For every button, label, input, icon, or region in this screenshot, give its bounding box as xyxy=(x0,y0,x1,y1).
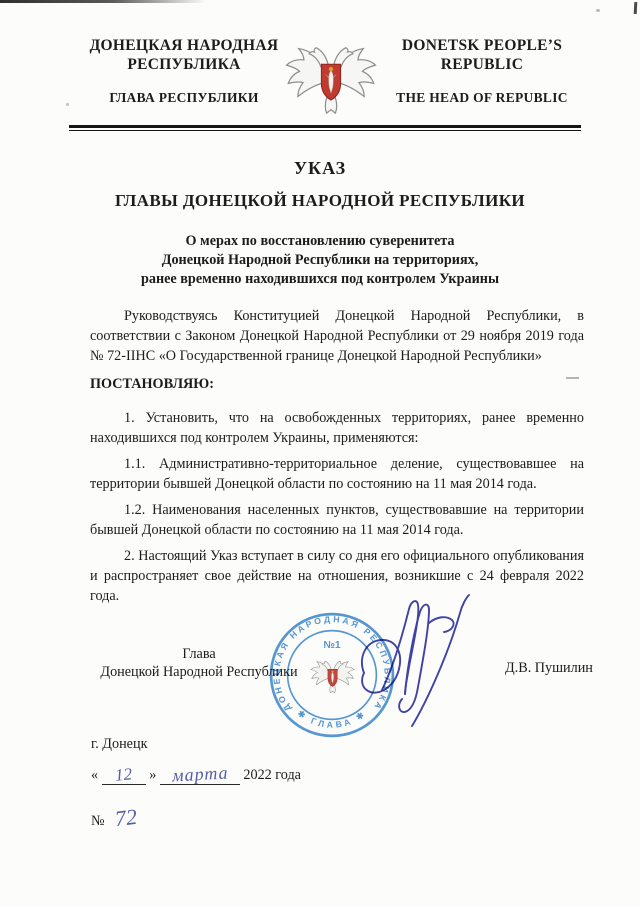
day-blank: 12 xyxy=(102,764,146,785)
letterhead-en-line1: DONETSK PEOPLE’S xyxy=(368,36,596,55)
letterhead-russian: ДОНЕЦКАЯ НАРОДНАЯ РЕСПУБЛИКА ГЛАВА РЕСПУ… xyxy=(68,36,300,106)
item-1-1: 1.1. Административно-территориальное дел… xyxy=(90,454,584,494)
signature-ink xyxy=(352,593,487,741)
place-of-issue: г. Донецк xyxy=(91,736,147,753)
subject-line-1: О мерах по восстановлению суверенитета xyxy=(0,232,640,251)
header-divider-rule xyxy=(69,125,581,131)
letterhead-ru-office: ГЛАВА РЕСПУБЛИКИ xyxy=(68,90,300,106)
handwritten-month: марта xyxy=(171,763,228,787)
number-sign: № xyxy=(91,813,105,829)
decree-document-page: ДОНЕЦКАЯ НАРОДНАЯ РЕСПУБЛИКА ГЛАВА РЕСПУ… xyxy=(0,0,640,907)
item-1: 1. Установить, что на освобожденных терр… xyxy=(90,408,584,448)
date-line: « 12 » марта 2022 года xyxy=(91,763,301,785)
letterhead-ru-line2: РЕСПУБЛИКА xyxy=(68,55,300,74)
letterhead-english: DONETSK PEOPLE’S REPUBLIC THE HEAD OF RE… xyxy=(368,36,596,106)
resolve-heading: ПОСТАНОВЛЯЮ: xyxy=(90,374,584,394)
signatory-name: Д.В. Пушилин xyxy=(505,660,593,677)
close-quote: » xyxy=(149,767,156,783)
document-issuer-heading: ГЛАВЫ ДОНЕЦКОЙ НАРОДНОЙ РЕСПУБЛИКИ xyxy=(0,191,640,211)
document-number-line: №72 xyxy=(91,805,137,831)
document-type-heading: УКАЗ xyxy=(0,158,640,179)
handwritten-number: 72 xyxy=(113,804,138,832)
month-blank: марта xyxy=(160,763,240,785)
seal-number: №1 xyxy=(323,640,340,651)
open-quote: « xyxy=(91,767,98,783)
scan-artifact-speck xyxy=(596,9,600,12)
subject-line-2: Донецкой Народной Республики на территор… xyxy=(0,251,640,270)
scan-artifact-top-line xyxy=(0,0,206,3)
preamble-paragraph: Руководствуясь Конституцией Донецкой Нар… xyxy=(90,306,584,366)
letterhead-ru-line1: ДОНЕЦКАЯ НАРОДНАЯ xyxy=(68,36,300,55)
document-body: Руководствуясь Конституцией Донецкой Нар… xyxy=(90,306,584,606)
title-block: УКАЗ ГЛАВЫ ДОНЕЦКОЙ НАРОДНОЙ РЕСПУБЛИКИ … xyxy=(0,158,640,289)
document-subject: О мерах по восстановлению суверенитета Д… xyxy=(0,232,640,289)
letterhead-en-line2: REPUBLIC xyxy=(368,55,596,74)
scan-artifact-corner-tick xyxy=(634,2,637,14)
item-2: 2. Настоящий Указ вступает в силу со дня… xyxy=(90,546,584,606)
handwritten-day: 12 xyxy=(114,764,133,785)
item-1-2: 1.2. Наименования населенных пунктов, су… xyxy=(90,500,584,540)
year-text: 2022 года xyxy=(243,767,301,783)
seal-eagle-icon xyxy=(311,661,354,693)
letterhead-en-office: THE HEAD OF REPUBLIC xyxy=(368,90,596,106)
coat-of-arms-icon xyxy=(283,22,379,124)
subject-line-3: ранее временно находившихся под контроле… xyxy=(0,270,640,289)
